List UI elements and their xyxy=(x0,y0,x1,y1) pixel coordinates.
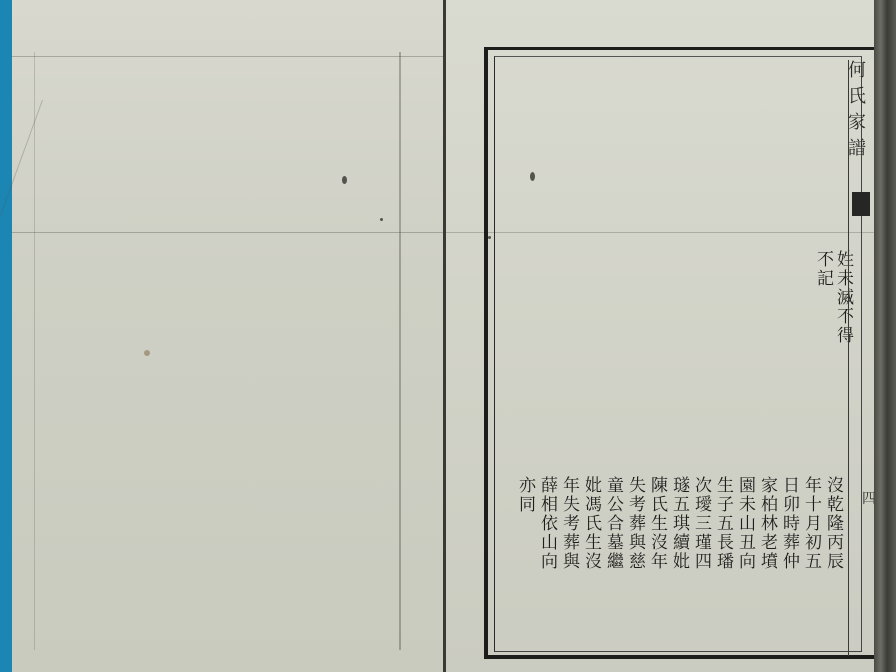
stain-spot xyxy=(144,350,150,356)
text-column-4: 家柏林老墳 xyxy=(756,476,778,571)
ink-spot xyxy=(530,172,535,181)
faint-frame xyxy=(34,52,401,650)
text-column-7: 次璦三瑾四 xyxy=(690,476,712,571)
left-page xyxy=(12,0,444,672)
spine-title: 何氏家譜 xyxy=(848,60,868,164)
text-column-14: 薛相依山向 xyxy=(536,476,558,571)
text-column-5: 園未山丑向 xyxy=(734,476,756,571)
text-column-11: 童公合墓繼 xyxy=(602,476,624,571)
text-column-6: 生子五長璠 xyxy=(712,476,734,571)
text-column-15: 亦同 xyxy=(514,476,536,514)
right-page xyxy=(446,0,874,672)
note-column-1: 姓未滅不得 xyxy=(832,250,854,345)
ink-spot xyxy=(488,236,491,239)
text-column-2: 年十月初五 xyxy=(800,476,822,571)
text-column-8: 璲五琪續妣 xyxy=(668,476,690,571)
text-column-3: 日卯時葬仲 xyxy=(778,476,800,571)
ink-spot xyxy=(342,176,347,184)
ink-spot xyxy=(380,218,383,221)
text-column-10: 失考葬與慈 xyxy=(624,476,646,571)
text-column-1: 沒乾隆丙辰 xyxy=(822,476,844,571)
note-column-2: 不記 xyxy=(812,250,834,288)
fish-tail-block xyxy=(852,192,870,216)
text-column-13: 年失考葬與 xyxy=(558,476,580,571)
book-edge xyxy=(874,0,896,672)
text-column-9: 陳氏生沒年 xyxy=(646,476,668,571)
bleed-through-text xyxy=(576,236,599,336)
text-column-12: 妣馮氏生沒 xyxy=(580,476,602,571)
